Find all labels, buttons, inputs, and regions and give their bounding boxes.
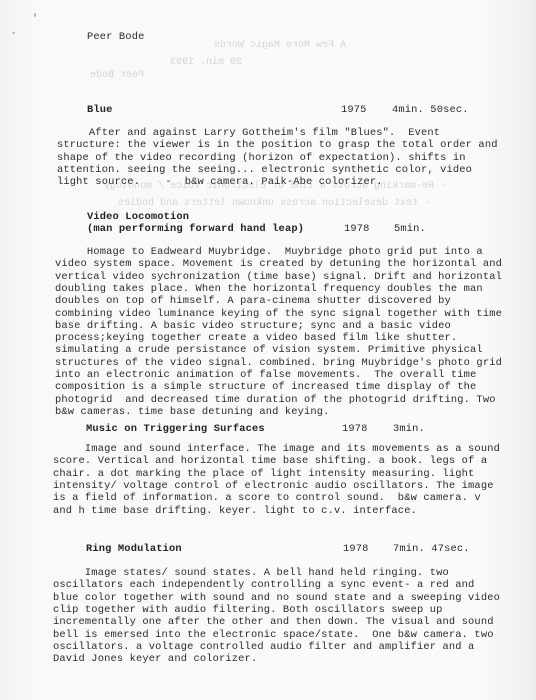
work-year: 1978 <box>342 423 368 435</box>
description-line: video system space. Movement is created … <box>55 258 502 270</box>
description-line: oscillators. a voltage controlled audio … <box>53 641 474 653</box>
description-line: structure: the viewer is in the position… <box>57 139 498 151</box>
work-duration: 5min. <box>394 223 426 235</box>
description-line: structures of the video signal. combined… <box>55 357 502 369</box>
description-line: into an electronic animation of false mo… <box>55 369 476 381</box>
description-line: and h time base drifting. keyer. light t… <box>53 505 417 517</box>
description-line: After and against Larry Gottheim's film … <box>57 127 440 139</box>
description-line: oscillators each independently controlli… <box>53 579 474 591</box>
description-line: blue color together with sound and no so… <box>53 592 500 604</box>
description-line: is a field of information. a score to co… <box>53 492 481 504</box>
description-line: photogrid and decreased time duration of… <box>55 394 496 406</box>
description-line: Homage to Eadweard Muybridge. Muybridge … <box>55 246 483 258</box>
show-through-text: 20 min. 1993 <box>170 57 242 68</box>
scanned-page: A Few More Magic Words 20 min. 1993 Peer… <box>0 0 536 700</box>
description-line: David Jones keyer and colorizer. <box>53 653 257 665</box>
description-line: process;keying together create a video b… <box>55 332 457 344</box>
work-subtitle: (man performing forward hand leap) <box>87 223 304 235</box>
description-line: doubling takes place. When the horizonta… <box>55 283 483 295</box>
scan-speck <box>34 13 36 17</box>
work-year: 1978 <box>343 543 369 555</box>
description-line: vertical video sychronization (time base… <box>55 271 502 283</box>
work-title: Ring Modulation <box>86 543 182 555</box>
description-line: intensity/ voltage control of electronic… <box>53 480 494 492</box>
description-line: clip together with audio filtering. Both… <box>53 604 443 616</box>
scan-speck <box>12 32 15 34</box>
work-duration: 4min. 50sec. <box>392 104 469 116</box>
description-line: shape of the video recording (horizon of… <box>57 152 466 164</box>
author-name: Peer Bode <box>87 31 144 43</box>
work-duration: 7min. 47sec. <box>393 543 470 555</box>
description-line: doubles on top of himself. A para-cinema… <box>55 295 451 307</box>
description-line: Image and sound interface. The image and… <box>53 443 500 455</box>
description-line: score. Vertical and horizontal time base… <box>53 455 487 467</box>
work-title: Blue <box>87 104 113 116</box>
description-line: combining video luminance keying of the … <box>55 308 502 320</box>
work-duration: 3min. <box>393 423 425 435</box>
work-year: 1975 <box>341 104 367 116</box>
show-through-text: A Few More Magic Words <box>214 40 346 51</box>
description-line: light source. - b&w camera. Paik-Abe col… <box>57 176 383 188</box>
work-year: 1978 <box>344 223 370 235</box>
description-line: chair. a dot marking the place of light … <box>53 468 474 480</box>
work-title: Music on Triggering Surfaces <box>86 423 265 435</box>
description-line: Image states/ sound states. A bell hand … <box>53 567 449 579</box>
description-line: composition is a simple structure of inc… <box>55 381 476 393</box>
description-line: attention. seeing the seeing... electron… <box>57 164 472 176</box>
show-through-text: - text deselection across unknown letter… <box>118 198 430 209</box>
description-line: b&w cameras. time base detuning and keyi… <box>55 406 330 418</box>
description-line: incrementally one after the other and th… <box>53 616 494 628</box>
description-line: simulating a crude persistance of vision… <box>55 344 483 356</box>
work-title: Video Locomotion <box>87 211 189 223</box>
description-line: base drifting. A basic video structure; … <box>55 320 451 332</box>
show-through-text: Peer Bode <box>90 70 144 81</box>
description-line: bell is emersed into the electronic spac… <box>53 629 494 641</box>
